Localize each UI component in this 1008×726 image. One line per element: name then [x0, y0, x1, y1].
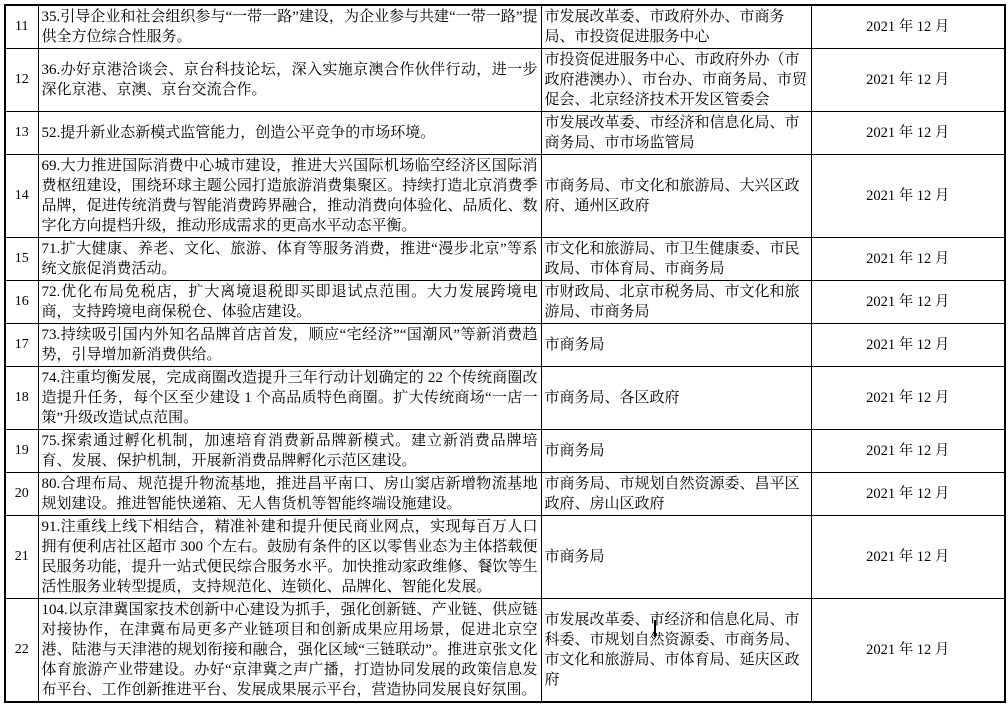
row-number-cell: 18 [5, 367, 38, 430]
row-number-cell: 19 [5, 430, 38, 473]
completion-date-cell: 2021 年 12 月 [811, 49, 1005, 112]
task-description-cell: 91.注重线上线下相结合，精准补建和提升便民商业网点，实现每百万人口拥有便利店社… [38, 516, 541, 599]
document-page: 11 35.引导企业和社会组织参与“一带一路”建设，为企业参与共建“一带一路”提… [0, 0, 1008, 726]
row-number-cell: 12 [5, 49, 38, 112]
task-description-cell: 74.注重均衡发展，完成商圈改造提升三年行动计划确定的 22 个传统商圈改造提升… [38, 367, 541, 430]
completion-date-cell: 2021 年 12 月 [811, 473, 1005, 516]
text-cursor-artifact [654, 620, 656, 637]
row-number-cell: 22 [5, 599, 38, 703]
row-number-cell: 16 [5, 281, 38, 324]
row-number-cell: 17 [5, 324, 38, 367]
task-description-cell: 71.扩大健康、养老、文化、旅游、体育等服务消费，推进“漫步北京”等系统文旅促消… [38, 238, 541, 281]
task-description-cell: 104.以京津冀国家技术创新中心建设为抓手，强化创新链、产业链、供应链对接协作，… [38, 599, 541, 703]
table-row: 16 72.优化布局免税店，扩大离境退税即买即退试点范围。大力发展跨境电商，支持… [5, 281, 1005, 324]
responsible-departments-cell: 市商务局 [541, 430, 811, 473]
task-description-cell: 75.探索通过孵化机制，加速培育消费新品牌新模式。建立新消费品牌培育、发展、保护… [38, 430, 541, 473]
table-row: 17 73.持续吸引国内外知名品牌首店首发，顺应“宅经济”“国潮风”等新消费趋势… [5, 324, 1005, 367]
responsible-departments-cell: 市发展改革委、市经济和信息化局、市科委、市规划自然资源委、市商务局、市文化和旅游… [541, 599, 811, 703]
task-table-body: 11 35.引导企业和社会组织参与“一带一路”建设，为企业参与共建“一带一路”提… [5, 5, 1005, 702]
row-number-cell: 20 [5, 473, 38, 516]
responsible-departments-cell: 市商务局、各区政府 [541, 367, 811, 430]
row-number-cell: 11 [5, 5, 38, 49]
task-description-cell: 80.合理布局、规范提升物流基地，推进昌平南口、房山窦店新增物流基地规划建设。推… [38, 473, 541, 516]
task-description-cell: 36.办好京港洽谈会、京台科技论坛，深入实施京澳合作伙伴行动，进一步深化京港、京… [38, 49, 541, 112]
responsible-departments-cell: 市商务局 [541, 324, 811, 367]
row-number-cell: 15 [5, 238, 38, 281]
table-row: 20 80.合理布局、规范提升物流基地，推进昌平南口、房山窦店新增物流基地规划建… [5, 473, 1005, 516]
responsible-departments-cell: 市商务局、市规划自然资源委、昌平区政府、房山区政府 [541, 473, 811, 516]
responsible-departments-cell: 市文化和旅游局、市卫生健康委、市民政局、市体育局、市商务局 [541, 238, 811, 281]
responsible-departments-cell: 市投资促进服务中心、市政府外办（市政府港澳办）、市台办、市商务局、市贸促会、北京… [541, 49, 811, 112]
completion-date-cell: 2021 年 12 月 [811, 5, 1005, 49]
responsible-departments-cell: 市商务局 [541, 516, 811, 599]
completion-date-cell: 2021 年 12 月 [811, 516, 1005, 599]
completion-date-cell: 2021 年 12 月 [811, 599, 1005, 703]
table-row: 15 71.扩大健康、养老、文化、旅游、体育等服务消费，推进“漫步北京”等系统文… [5, 238, 1005, 281]
completion-date-cell: 2021 年 12 月 [811, 112, 1005, 155]
responsible-departments-cell: 市发展改革委、市政府外办、市商务局、市投资促进服务中心 [541, 5, 811, 49]
table-row: 11 35.引导企业和社会组织参与“一带一路”建设，为企业参与共建“一带一路”提… [5, 5, 1005, 49]
task-description-cell: 52.提升新业态新模式监管能力，创造公平竞争的市场环境。 [38, 112, 541, 155]
completion-date-cell: 2021 年 12 月 [811, 367, 1005, 430]
table-row: 13 52.提升新业态新模式监管能力，创造公平竞争的市场环境。 市发展改革委、市… [5, 112, 1005, 155]
table-row: 22 104.以京津冀国家技术创新中心建设为抓手，强化创新链、产业链、供应链对接… [5, 599, 1005, 703]
table-row: 18 74.注重均衡发展，完成商圈改造提升三年行动计划确定的 22 个传统商圈改… [5, 367, 1005, 430]
completion-date-cell: 2021 年 12 月 [811, 155, 1005, 238]
task-description-cell: 73.持续吸引国内外知名品牌首店首发，顺应“宅经济”“国潮风”等新消费趋势，引导… [38, 324, 541, 367]
row-number-cell: 21 [5, 516, 38, 599]
responsible-departments-cell: 市财政局、北京市税务局、市文化和旅游局、市商务局 [541, 281, 811, 324]
table-row: 19 75.探索通过孵化机制，加速培育消费新品牌新模式。建立新消费品牌培育、发展… [5, 430, 1005, 473]
table-row: 12 36.办好京港洽谈会、京台科技论坛，深入实施京澳合作伙伴行动，进一步深化京… [5, 49, 1005, 112]
row-number-cell: 14 [5, 155, 38, 238]
completion-date-cell: 2021 年 12 月 [811, 281, 1005, 324]
table-row: 21 91.注重线上线下相结合，精准补建和提升便民商业网点，实现每百万人口拥有便… [5, 516, 1005, 599]
completion-date-cell: 2021 年 12 月 [811, 324, 1005, 367]
task-description-cell: 72.优化布局免税店，扩大离境退税即买即退试点范围。大力发展跨境电商，支持跨境电… [38, 281, 541, 324]
completion-date-cell: 2021 年 12 月 [811, 430, 1005, 473]
task-description-cell: 35.引导企业和社会组织参与“一带一路”建设，为企业参与共建“一带一路”提供全方… [38, 5, 541, 49]
task-description-cell: 69.大力推进国际消费中心城市建设，推进大兴国际机场临空经济区国际消费枢纽建设，… [38, 155, 541, 238]
task-table: 11 35.引导企业和社会组织参与“一带一路”建设，为企业参与共建“一带一路”提… [4, 4, 1006, 703]
table-row: 14 69.大力推进国际消费中心城市建设，推进大兴国际机场临空经济区国际消费枢纽… [5, 155, 1005, 238]
responsible-departments-cell: 市发展改革委、市经济和信息化局、市商务局、市市场监管局 [541, 112, 811, 155]
completion-date-cell: 2021 年 12 月 [811, 238, 1005, 281]
responsible-departments-cell: 市商务局、市文化和旅游局、大兴区政府、通州区政府 [541, 155, 811, 238]
row-number-cell: 13 [5, 112, 38, 155]
